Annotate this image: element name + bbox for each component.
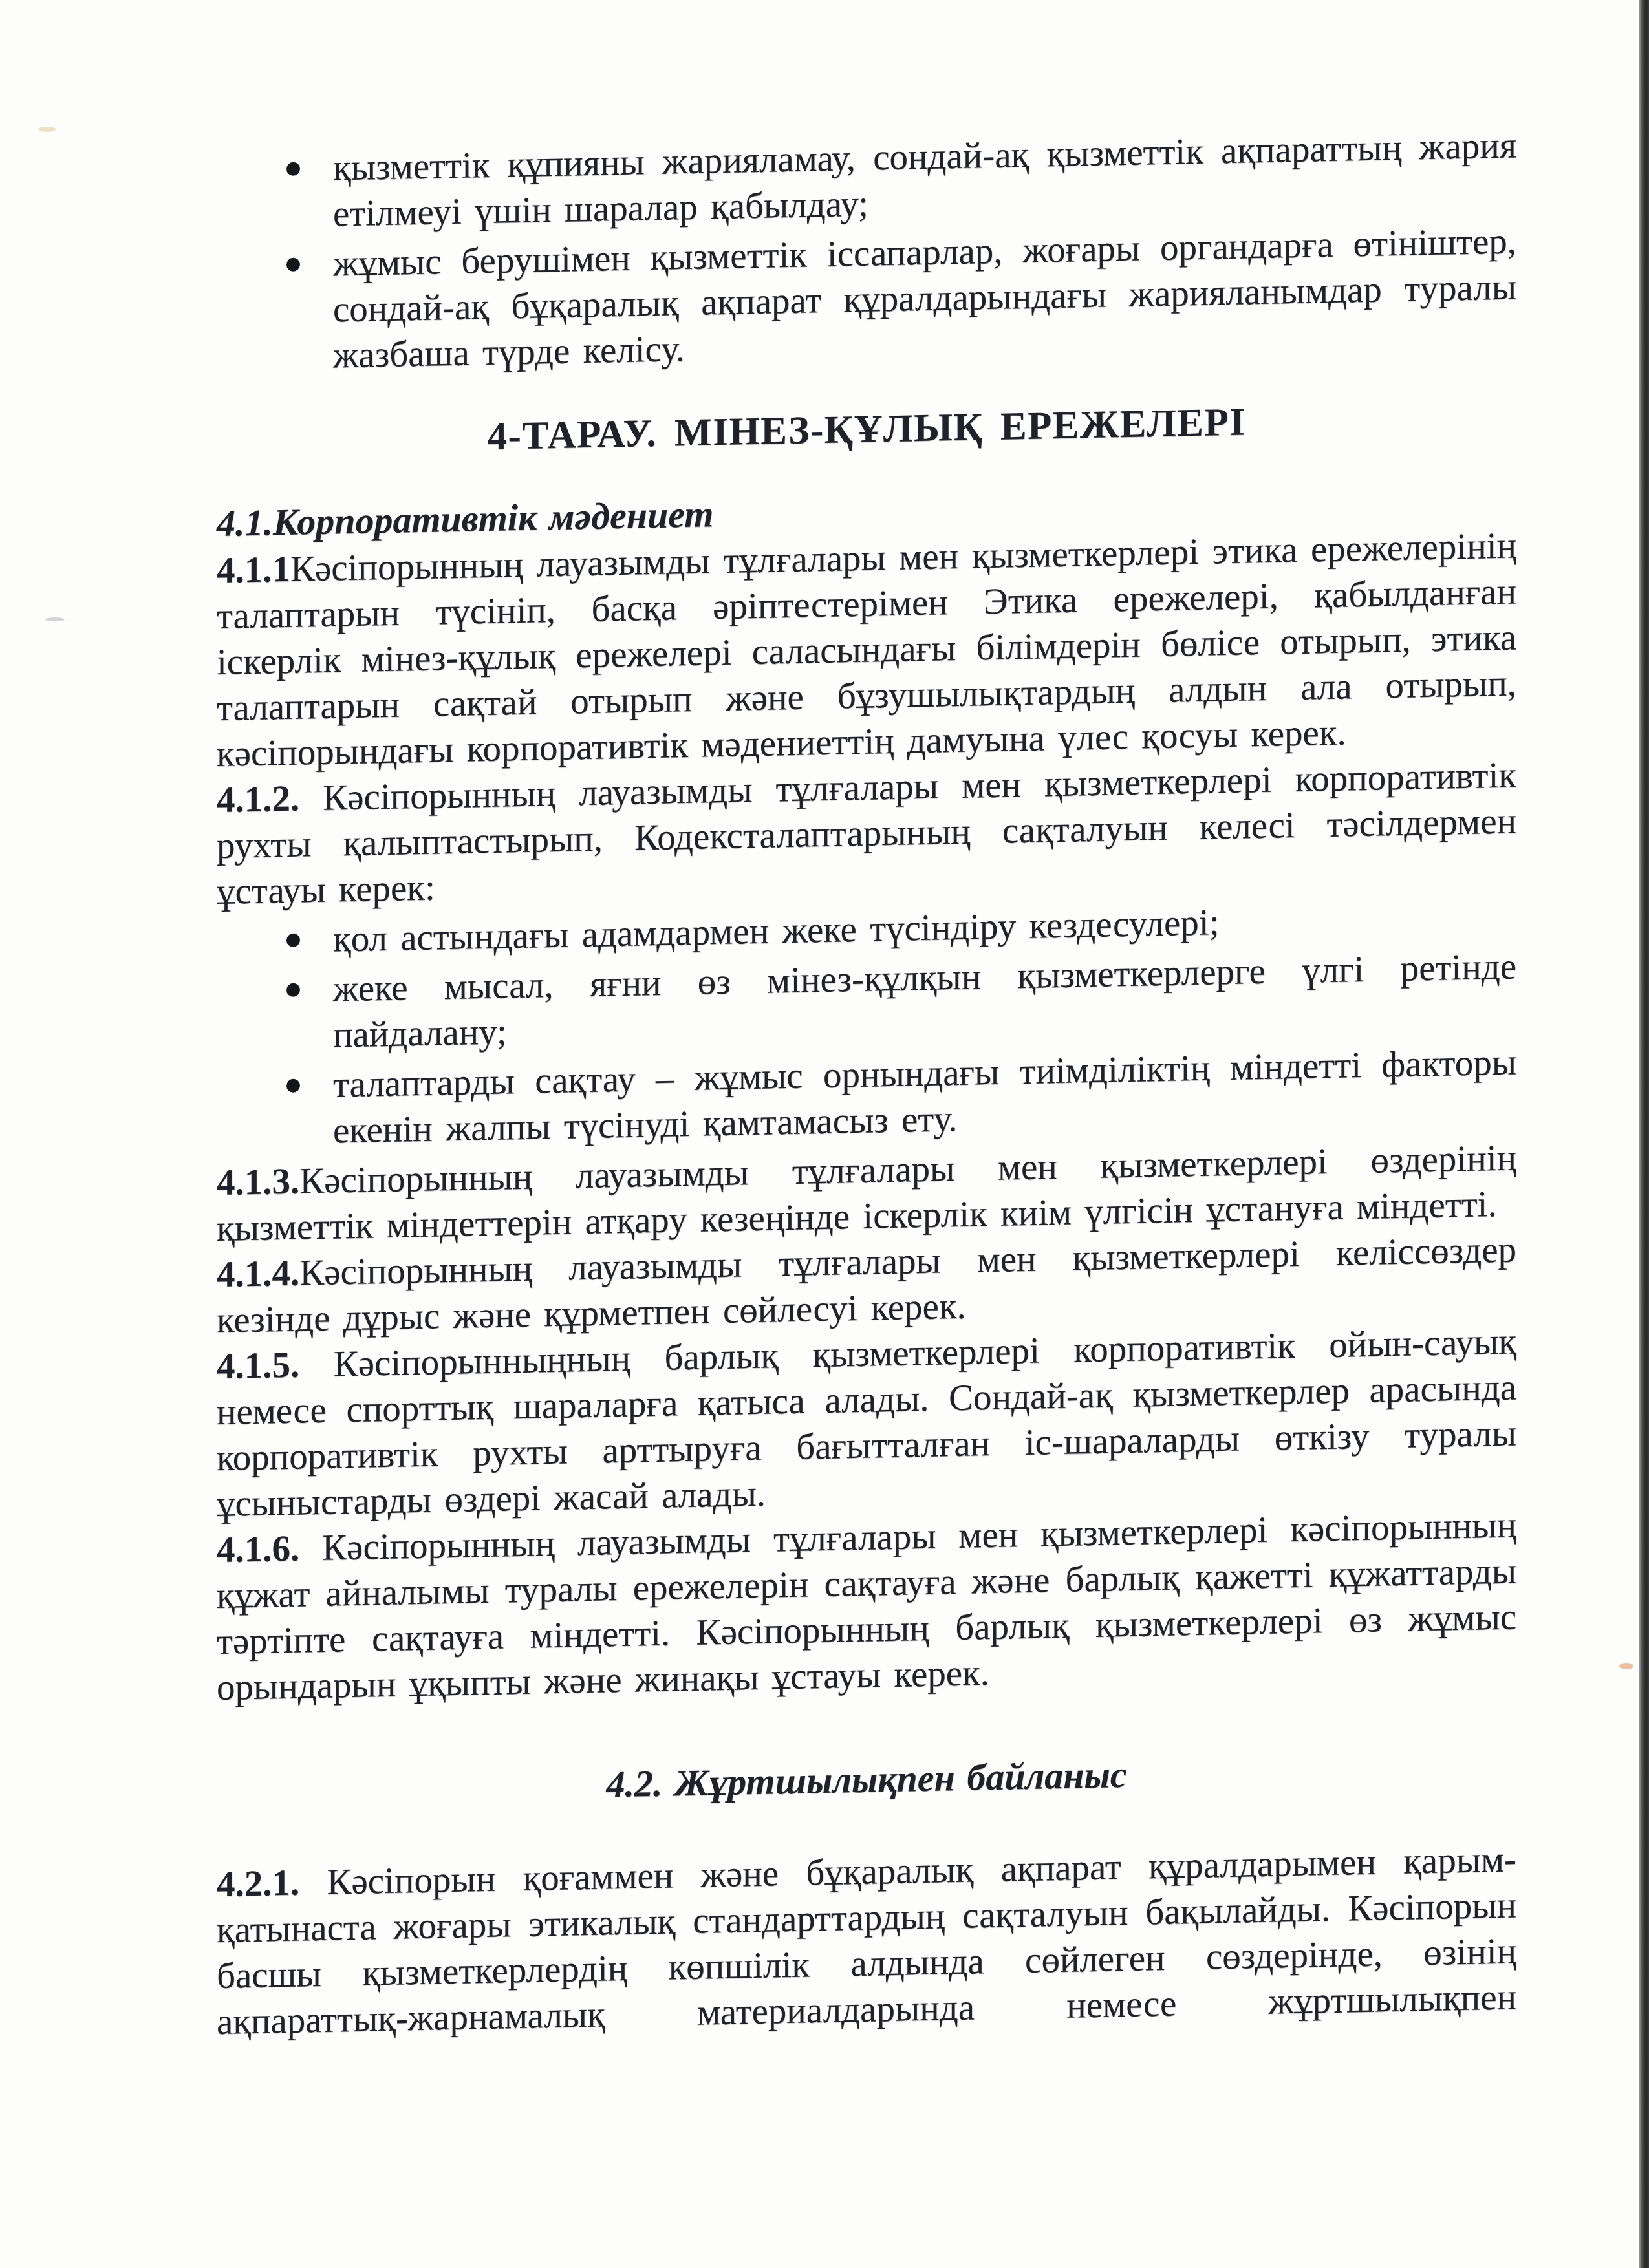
paragraph-4-1-5: 4.1.5. Кәсіпорынныңның барлық қызметкерл… — [217, 1318, 1516, 1527]
paragraph-text: Кәсіпорынның лауазымды тұлғалары мен қыз… — [217, 754, 1516, 912]
paragraph-number: 4.1.5. — [217, 1345, 299, 1387]
top-bullet-list: қызметтік құпияны жарияламау, сондай-ақ … — [217, 122, 1516, 381]
paragraph-number: 4.1.3. — [217, 1161, 299, 1203]
scan-speck — [39, 127, 56, 132]
bullet-text: қол астындағы адамдармен жеке түсіндіру … — [333, 902, 1219, 959]
paragraph-text: Кәсіпорынныңның барлық қызметкерлері кор… — [217, 1321, 1516, 1524]
paragraph-number: 4.1.4. — [217, 1253, 299, 1295]
list-item: жеке мысал, яғни өз мінез-құлқын қызметк… — [333, 943, 1516, 1058]
list-item: қызметтік құпияны жарияламау, сондай-ақ … — [333, 122, 1516, 237]
paragraph-text: Кәсіпорынның лауазымды тұлғалары мен қыз… — [217, 525, 1516, 775]
paragraph-4-1-2: 4.1.2. Кәсіпорынның лауазымды тұлғалары … — [217, 752, 1516, 915]
paragraph-number: 4.1.1 — [217, 549, 290, 591]
paragraph-4-1-6: 4.1.6. Кәсіпорынның лауазымды тұлғалары … — [217, 1502, 1516, 1711]
list-item: талаптарды сақтау – жұмыс орнындағы тиім… — [333, 1039, 1516, 1153]
paragraph-number: 4.1.6. — [217, 1528, 299, 1570]
chapter-heading: 4-ТАРАУ. МІНЕЗ-ҚҰЛЫҚ ЕРЕЖЕЛЕРІ — [217, 391, 1516, 468]
scan-speck — [1619, 1663, 1633, 1669]
paragraph-number: 4.2.1. — [217, 1863, 299, 1905]
page-content: қызметтік құпияны жарияламау, сондай-ақ … — [217, 118, 1516, 2045]
paragraph-4-2-1: 4.2.1. Кәсіпорын қоғаммен және бұқаралық… — [217, 1836, 1516, 2045]
paragraph-number: 4.1.2. — [217, 778, 299, 820]
bullet-text: жұмыс берушімен қызметтік іссапарлар, жо… — [333, 220, 1516, 376]
bullet-text: қызметтік құпияны жарияламау, сондай-ақ … — [333, 125, 1516, 234]
bullet-text: талаптарды сақтау – жұмыс орнындағы тиім… — [333, 1042, 1516, 1151]
section-4-2-title: 4.2. Жұртшылықпен байланыс — [217, 1742, 1516, 1816]
paragraph-4-1-1: 4.1.1Кәсіпорынның лауазымды тұлғалары ме… — [217, 522, 1516, 777]
scanner-edge-shadow — [1639, 0, 1649, 2268]
list-item: жұмыс берушімен қызметтік іссапарлар, жо… — [333, 218, 1516, 378]
paragraph-text: Кәсіпорын қоғаммен және бұқаралық ақпара… — [217, 1839, 1516, 2042]
paragraph-text: Кәсіпорынның лауазымды тұлғалары мен қыз… — [217, 1504, 1516, 1708]
method-bullet-list: қол астындағы адамдармен жеке түсіндіру … — [217, 893, 1516, 1156]
document-page: қызметтік құпияны жарияламау, сондай-ақ … — [0, 0, 1649, 2268]
scan-speck — [45, 617, 65, 621]
bullet-text: жеке мысал, яғни өз мінез-құлқын қызметк… — [333, 946, 1516, 1055]
